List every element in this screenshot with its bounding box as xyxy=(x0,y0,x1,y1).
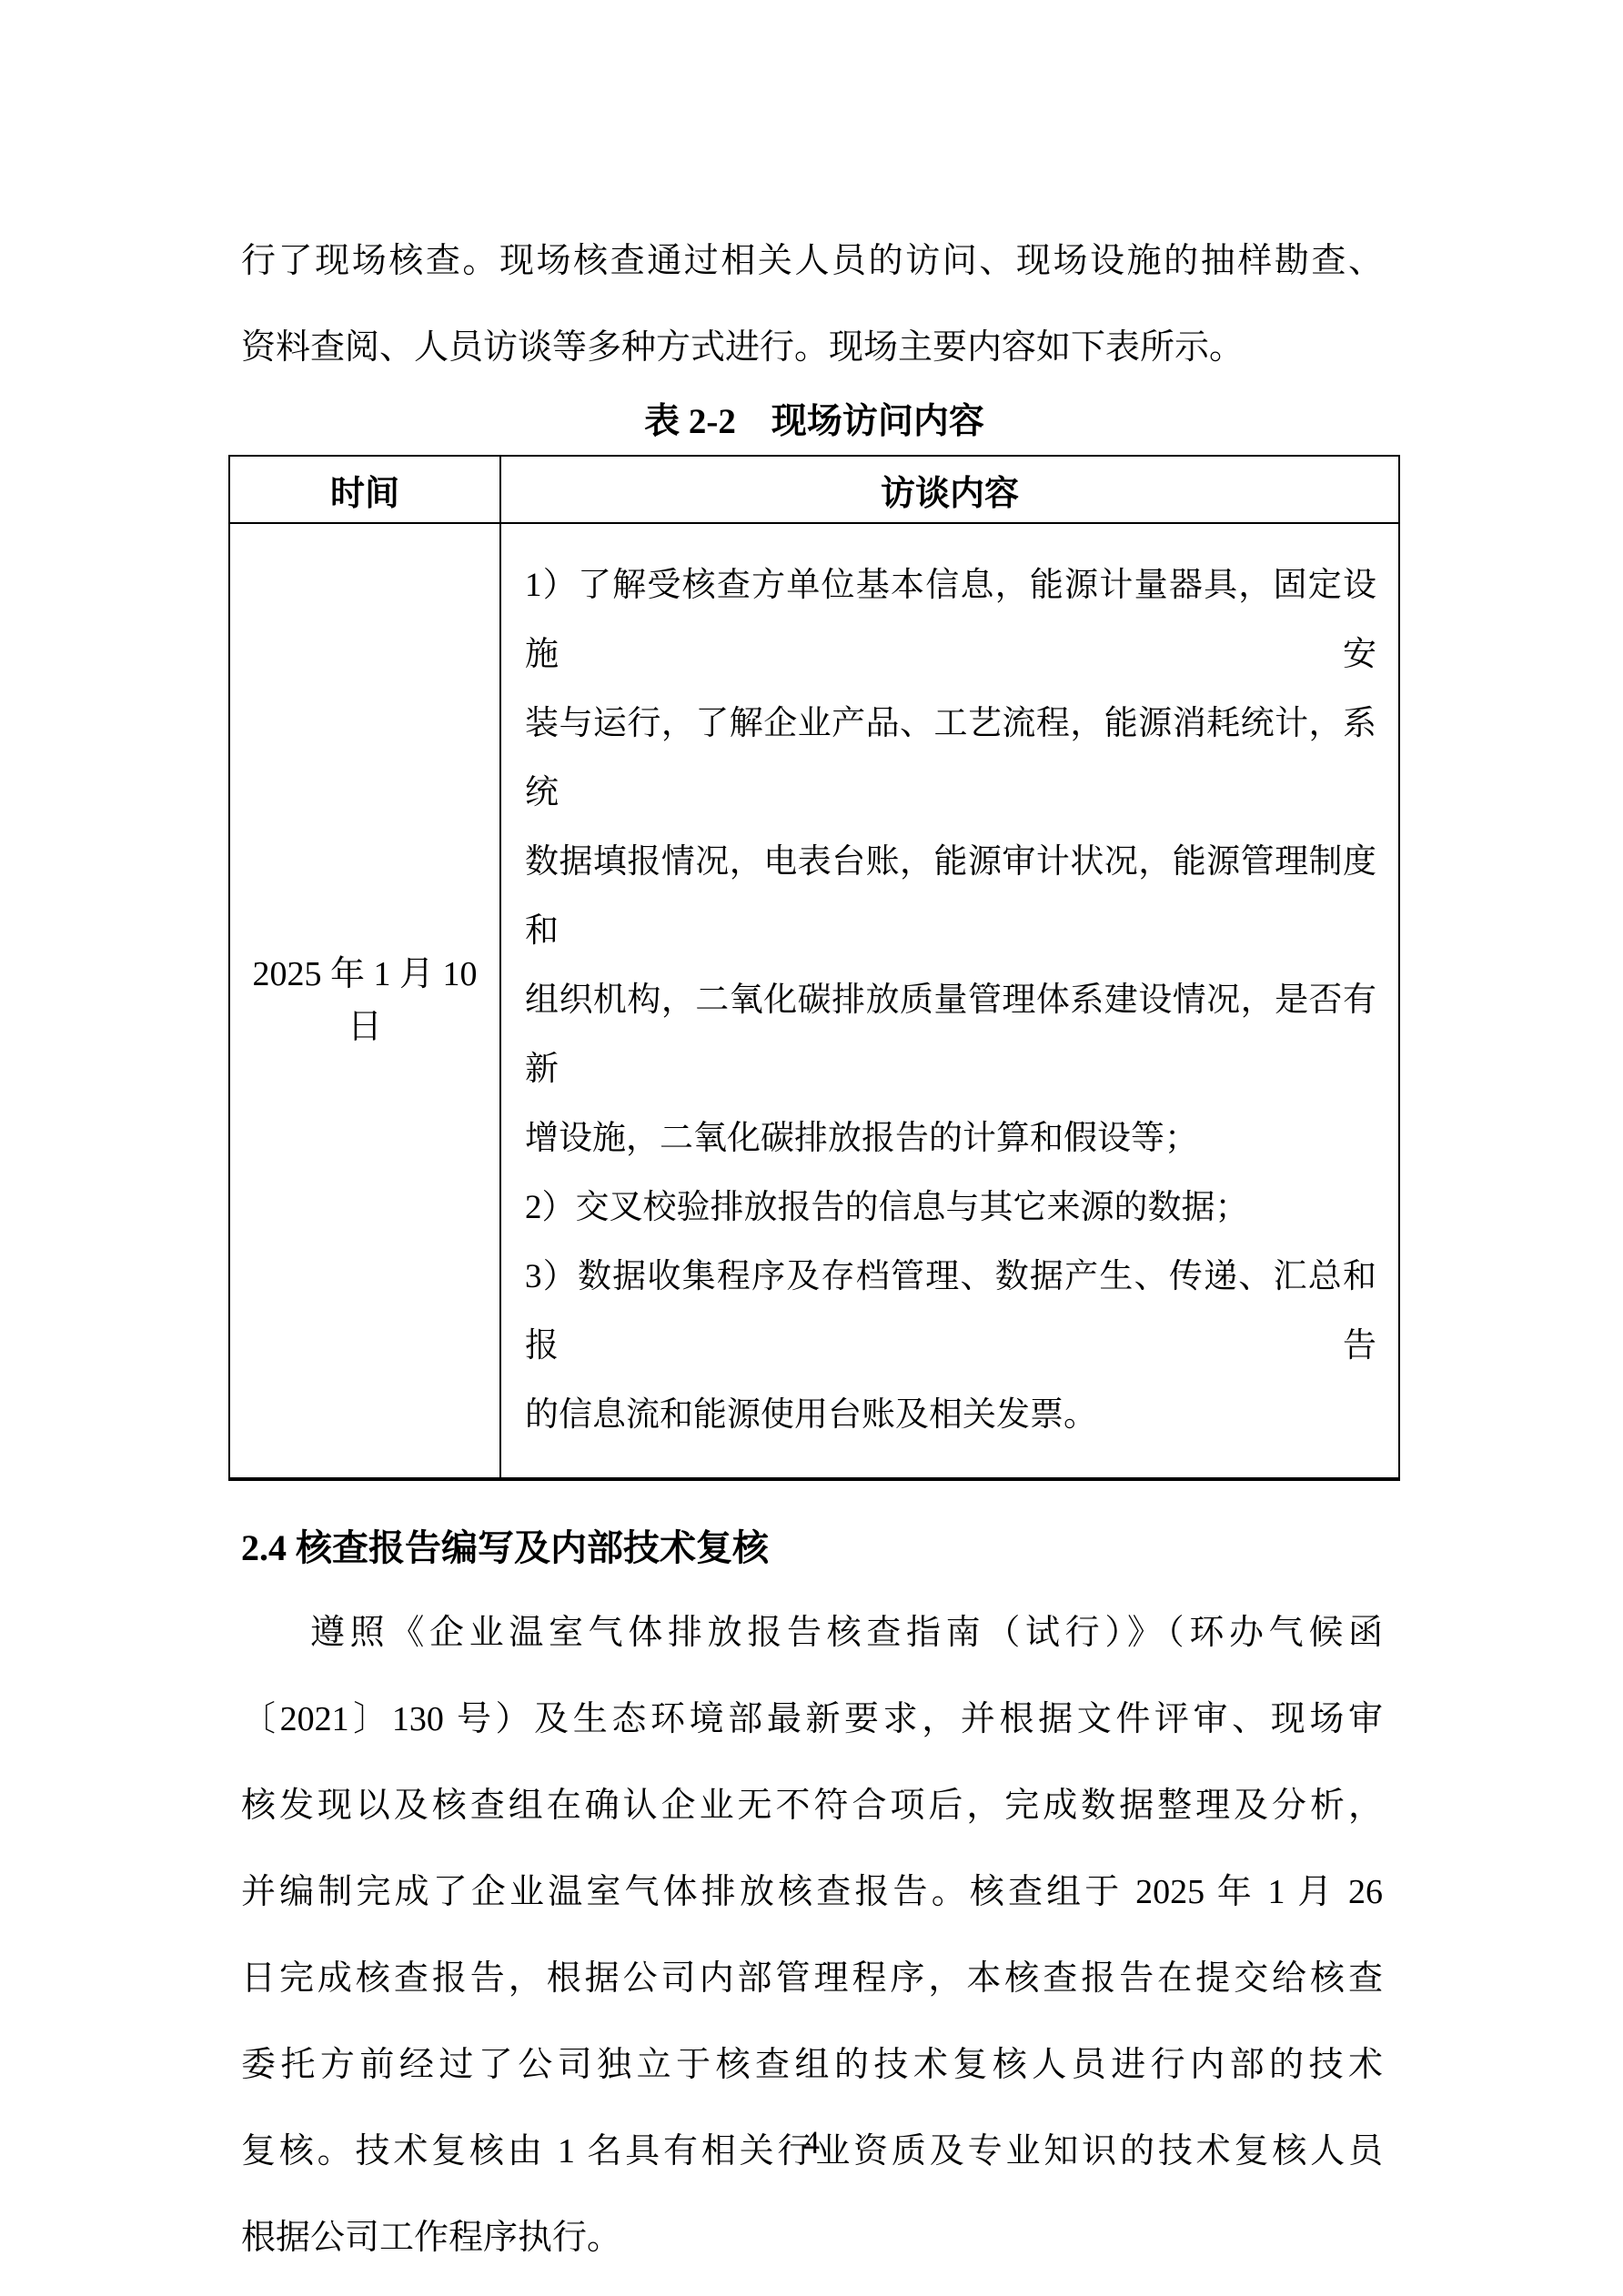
content-line: 组织机构，二氧化碳排放质量管理体系建设情况，是否有新 xyxy=(525,966,1376,1104)
table-header-row: 时间 访谈内容 xyxy=(229,456,1399,523)
site-visit-table: 时间 访谈内容 2025 年 1 月 10 日 1）了解受核查方单位基本信息，能… xyxy=(228,455,1400,1481)
content-line: 1）了解受核查方单位基本信息，能源计量器具，固定设施安 xyxy=(525,551,1376,690)
paragraph-line: 核发现以及核查组在确认企业无不符合项后，完成数据整理及分析， xyxy=(241,1763,1383,1849)
content-line: 3）数据收集程序及存档管理、数据产生、传递、汇总和报告 xyxy=(525,1243,1376,1381)
header-cell-content: 访谈内容 xyxy=(500,456,1399,523)
table-caption: 表 2-2 现场访问内容 xyxy=(228,395,1400,455)
page-number: 4 xyxy=(0,2120,1623,2165)
content-line: 装与运行，了解企业产品、工艺流程，能源消耗统计，系统 xyxy=(525,690,1376,828)
content-line: 增设施，二氧化碳排放报告的计算和假设等； xyxy=(525,1104,1376,1173)
paragraph-report-writing: 遵照《企业温室气体排放报告核查指南（试行）》（环办气候函 〔2021〕130 号… xyxy=(241,1590,1383,2281)
content-line: 的信息流和能源使用台账及相关发票。 xyxy=(525,1381,1376,1450)
cell-interview-content: 1）了解受核查方单位基本信息，能源计量器具，固定设施安 装与运行，了解企业产品、… xyxy=(500,523,1399,1479)
paragraph-line: 根据公司工作程序执行。 xyxy=(241,2195,1383,2281)
section-heading-2-4: 2.4 核查报告编写及内部技术复核 xyxy=(241,1519,1383,1577)
paragraph-line: 遵照《企业温室气体排放报告核查指南（试行）》（环办气候函 xyxy=(241,1590,1383,1677)
content-line: 数据填报情况，电表台账，能源审计状况，能源管理制度和 xyxy=(525,828,1376,966)
cell-date: 2025 年 1 月 10 日 xyxy=(229,523,500,1479)
date-line: 日 xyxy=(239,1001,490,1053)
paragraph-line: 委托方前经过了公司独立于核查组的技术复核人员进行内部的技术 xyxy=(241,2022,1383,2109)
paragraph-line: 资料查阅、人员访谈等多种方式进行。现场主要内容如下表所示。 xyxy=(241,305,1383,391)
date-line: 2025 年 1 月 10 xyxy=(239,948,490,1001)
document-page: 行了现场核查。现场核查通过相关人员的访问、现场设施的抽样勘查、 资料查阅、人员访… xyxy=(0,0,1623,2296)
paragraph-site-verification: 行了现场核查。现场核查通过相关人员的访问、现场设施的抽样勘查、 资料查阅、人员访… xyxy=(241,218,1383,391)
table-row: 2025 年 1 月 10 日 1）了解受核查方单位基本信息，能源计量器具，固定… xyxy=(229,523,1399,1479)
paragraph-line: 行了现场核查。现场核查通过相关人员的访问、现场设施的抽样勘查、 xyxy=(241,218,1383,305)
paragraph-line: 并编制完成了企业温室气体排放核查报告。核查组于 2025 年 1 月 26 xyxy=(241,1849,1383,1936)
header-cell-time: 时间 xyxy=(229,456,500,523)
content-line: 2）交叉校验排放报告的信息与其它来源的数据； xyxy=(525,1173,1376,1243)
paragraph-line: 〔2021〕130 号）及生态环境部最新要求，并根据文件评审、现场审 xyxy=(241,1677,1383,1763)
paragraph-line: 日完成核查报告，根据公司内部管理程序，本核查报告在提交给核查 xyxy=(241,1936,1383,2022)
